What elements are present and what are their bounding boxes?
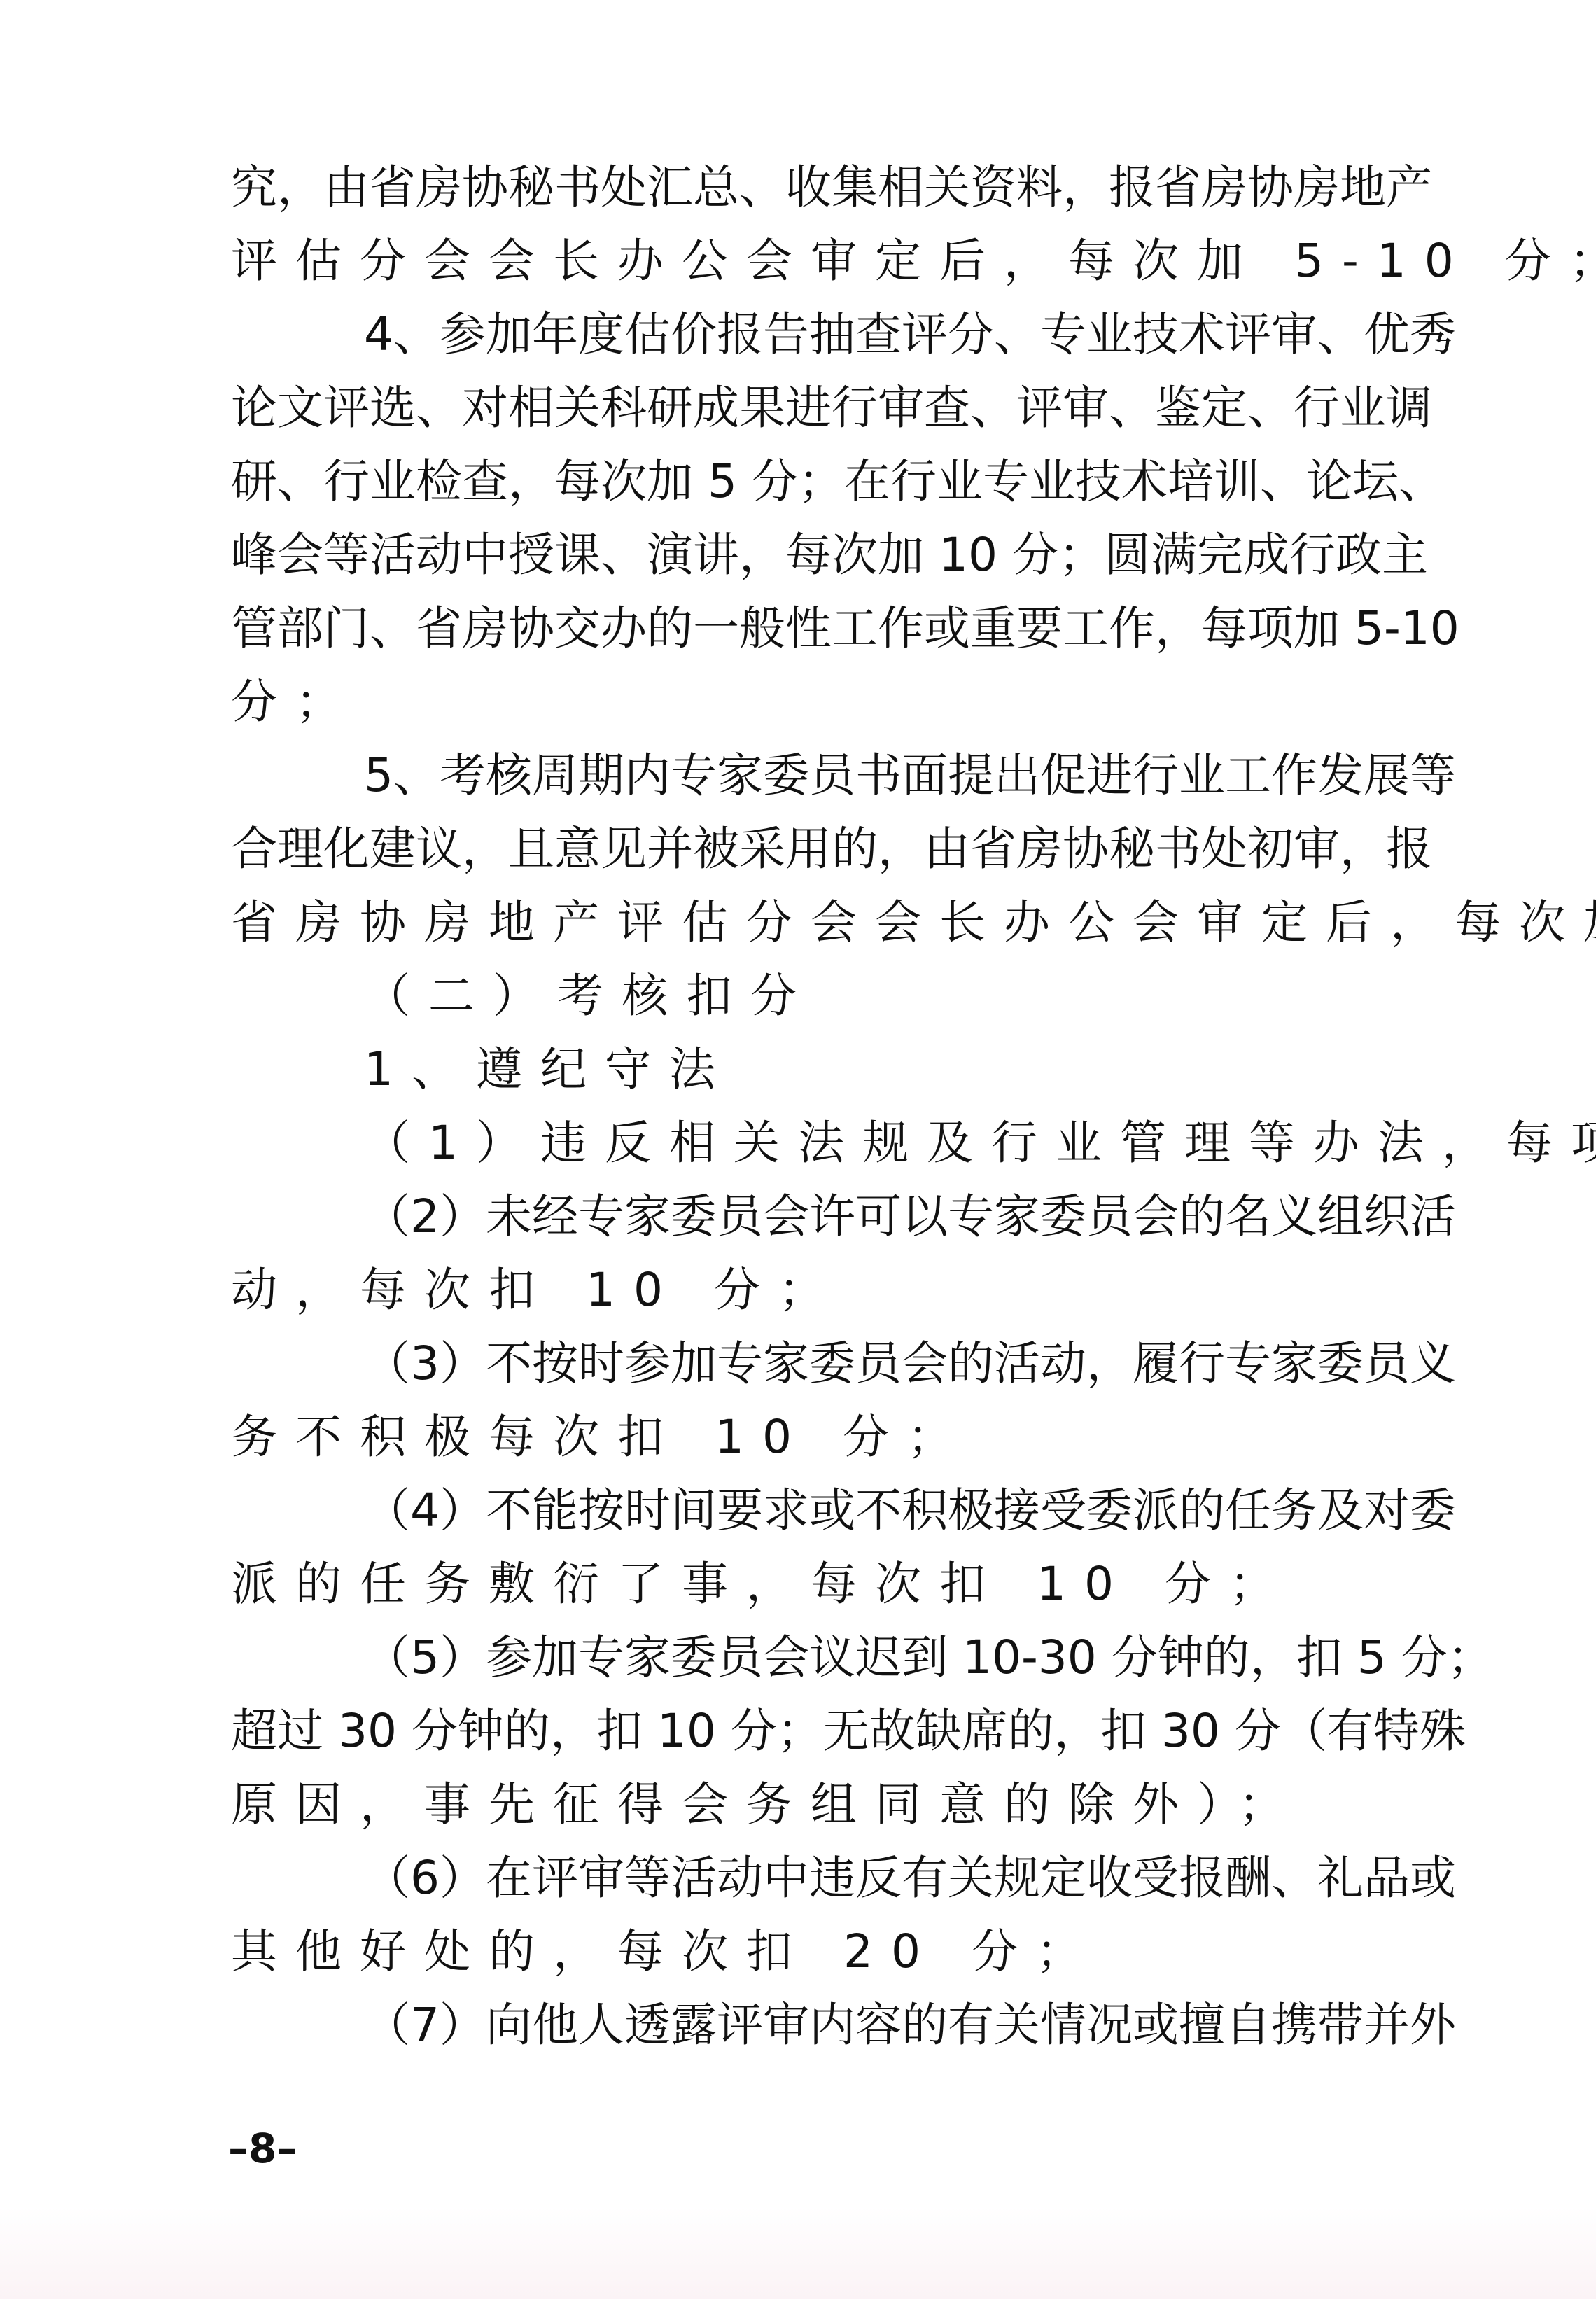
body-text: 究，由省房协秘书处汇总、收集相关资料，报省房协房地产评估分会会长办公会审定后，每… — [231, 151, 1361, 2062]
text-line: 分； — [231, 665, 1361, 739]
text-line: 5、考核周期内专家委员书面提出促进行业工作发展等 — [231, 739, 1361, 812]
text-line: （2）未经专家委员会许可以专家委员会的名义组织活 — [231, 1180, 1361, 1253]
text-line: 合理化建议，且意见并被采用的，由省房协秘书处初审，报 — [231, 812, 1361, 886]
text-line: （7）向他人透露评审内容的有关情况或擅自携带并外 — [231, 1988, 1361, 2062]
text-line: 论文评选、对相关科研成果进行审查、评审、鉴定、行业调 — [231, 371, 1361, 445]
text-line: （3）不按时参加专家委员会的活动，履行专家委员义 — [231, 1327, 1361, 1400]
text-line: 峰会等活动中授课、演讲，每次加 10 分；圆满完成行政主 — [231, 518, 1361, 592]
text-line: 其他好处的，每次扣 20 分； — [231, 1915, 1361, 1988]
page-number: –8– — [228, 2125, 297, 2172]
text-line: 超过 30 分钟的，扣 10 分；无故缺席的，扣 30 分（有特殊 — [231, 1694, 1361, 1768]
text-line: 1、遵纪守法 — [231, 1033, 1361, 1106]
document-page: 究，由省房协秘书处汇总、收集相关资料，报省房协房地产评估分会会长办公会审定后，每… — [0, 0, 1596, 2299]
text-line: 评估分会会长办公会审定后，每次加 5-10 分； — [231, 224, 1361, 298]
text-line: （6）在评审等活动中违反有关规定收受报酬、礼品或 — [231, 1841, 1361, 1915]
text-line: （二）考核扣分 — [231, 959, 1361, 1033]
text-line: （1）违反相关法规及行业管理等办法，每项扣 20 分； — [231, 1106, 1361, 1180]
text-line: 省房协房地产评估分会会长办公会审定后，每次加 2-5 分。 — [231, 886, 1361, 959]
text-line: （4）不能按时间要求或不积极接受委派的任务及对委 — [231, 1474, 1361, 1547]
text-line: （5）参加专家委员会议迟到 10-30 分钟的，扣 5 分； — [231, 1621, 1361, 1694]
text-line: 务不积极每次扣 10 分； — [231, 1400, 1361, 1474]
text-line: 究，由省房协秘书处汇总、收集相关资料，报省房协房地产 — [231, 151, 1361, 224]
text-line: 原因，事先征得会务组同意的除外）； — [231, 1768, 1361, 1841]
text-line: 4、参加年度估价报告抽查评分、专业技术评审、优秀 — [231, 298, 1361, 371]
text-line: 动，每次扣 10 分； — [231, 1253, 1361, 1327]
text-line: 研、行业检查，每次加 5 分；在行业专业技术培训、论坛、 — [231, 445, 1361, 518]
text-line: 派的任务敷衍了事，每次扣 10 分； — [231, 1547, 1361, 1621]
text-line: 管部门、省房协交办的一般性工作或重要工作，每项加 5-10 — [231, 592, 1361, 665]
